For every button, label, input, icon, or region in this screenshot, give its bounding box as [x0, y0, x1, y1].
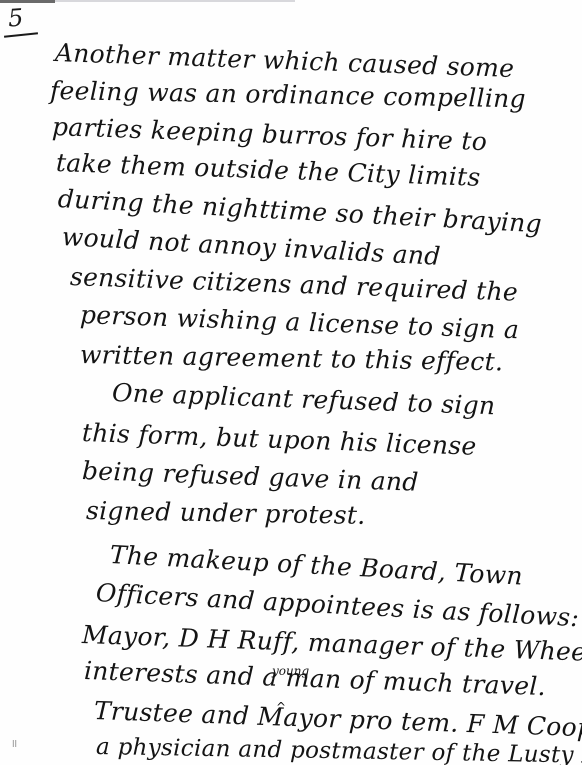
- handwritten-line: Another matter which caused some: [54, 38, 514, 83]
- interlinear-insertion: young: [272, 664, 309, 678]
- handwritten-line: this form, but upon his license: [81, 418, 477, 461]
- margin-mark: ll: [12, 740, 17, 750]
- page-number: 5: [7, 4, 24, 33]
- handwritten-line: signed under protest.: [86, 496, 366, 530]
- handwritten-line: being refused gave in and: [81, 456, 419, 497]
- handwritten-line: person wishing a license to sign a: [79, 300, 519, 344]
- handwritten-line: sensitive citizens and required the: [69, 262, 518, 307]
- page-number-underline: [4, 32, 38, 38]
- handwritten-line: feeling was an ordinance compelling: [50, 76, 526, 113]
- handwritten-line: written agreement to this effect.: [80, 340, 504, 376]
- handwritten-page: 5 Another matter which caused some feeli…: [0, 0, 582, 765]
- scan-edge-artifact: [0, 0, 55, 3]
- handwritten-line: One applicant refused to sign: [111, 378, 495, 420]
- handwritten-line: take them outside the City limits: [55, 148, 481, 192]
- scan-edge-artifact: [55, 0, 295, 2]
